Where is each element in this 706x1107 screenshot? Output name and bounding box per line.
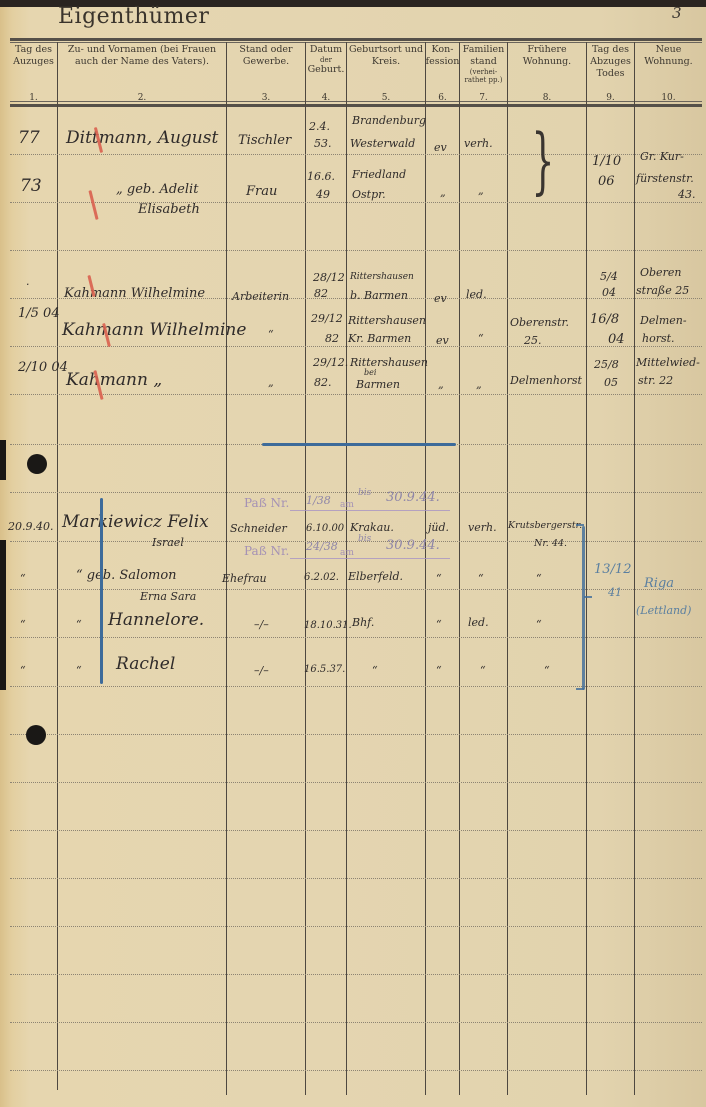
birthplace: Westerwald [350,137,415,150]
birth-date: 82 [325,332,339,345]
previous-residence: Krutsbergerstr. [508,520,582,531]
previous-residence: “ [544,664,550,677]
punch-hole [27,454,47,474]
row-guide [10,202,702,203]
departure-date: 06 [598,174,615,189]
red-check-mark [88,190,98,220]
occupation: „ [268,376,274,389]
confession: “ [436,664,442,677]
new-residence: Riga [644,576,674,591]
departure-date: 05 [604,376,618,389]
header-text: Auzuges [13,56,54,68]
column-number: 6. [426,92,459,104]
previous-residence: “ [536,618,542,631]
departure-date: 13/12 [594,562,631,577]
header-rule-top [10,38,702,41]
row-guide [10,734,702,735]
previous-residence: Nr. 44. [534,538,567,549]
column-header-arrival: Tag des Auzuges 1. [10,44,57,106]
header-text: Tag des [15,44,52,56]
birth-date: 49 [316,188,330,201]
header-text: Geburt. [308,64,345,76]
departure-date: 04 [602,286,616,299]
new-residence: horst. [642,332,675,345]
confession: ev [436,334,449,347]
column-divider [425,42,426,1095]
departure-date: 25/8 [594,358,619,371]
stamp-valid: bis [358,488,371,498]
stamp-date: 30.9.44. [386,538,440,553]
blue-pencil-bracket-line [100,498,103,684]
header-text: Zu- und Vornamen (bei Frauen [68,44,216,56]
header-text: stand [470,56,497,68]
brace-bracket: } [531,124,554,196]
row-guide [10,926,702,927]
header-text: Frühere [527,44,566,56]
marital-status: verh. [468,521,497,534]
departure-date: 04 [608,332,625,347]
new-residence: Gr. Kur- [640,150,684,163]
column-divider [634,42,635,1095]
stamp-underline [290,510,450,511]
header-text: Datum [310,44,342,56]
arrival-date: · [26,278,30,291]
birth-date: 6.10.00 [306,523,344,534]
column-header-confession: Kon- fession 6. [426,44,459,106]
birth-date: 2.4. [309,120,330,133]
row-guide [10,589,702,590]
person-name: Dittmann, August [66,128,218,148]
header-text: Geburtsort und [349,44,423,56]
occupation: Tischler [238,133,291,148]
column-divider [586,42,587,1095]
stamp-suffix: am [340,500,354,510]
blue-pencil-brace-top [576,524,584,526]
column-header-new-residence: Neue Wohnung. 10. [635,44,702,106]
departure-date: 5/4 [600,270,618,283]
occupation: Schneider [230,522,287,535]
column-number: 8. [508,92,586,104]
departure-date: 16/8 [590,312,619,327]
birth-date: 82 [314,287,328,300]
row-guide [10,637,702,638]
birthplace: Friedland [352,168,406,181]
birthplace: Rittershausen [348,314,426,327]
scan-border-left [0,440,6,480]
person-name: Kahmann „ [66,370,162,390]
page-title: Eigenthümer [58,4,209,29]
column-divider [305,42,306,1095]
person-name-line2: Elisabeth [138,202,200,217]
birth-date: 82. [314,376,332,389]
header-text: Kreis. [372,56,400,68]
scan-border-left [0,540,6,690]
marital-status: led. [466,288,487,301]
previous-residence: 25. [524,334,542,347]
birthplace: b. Barmen [350,289,408,302]
occupation: “ [268,328,274,341]
new-residence: Oberen [640,266,681,279]
column-header-occupation: Stand oder Gewerbe. 3. [227,44,305,106]
header-text: auch der Name des Vaters). [75,56,209,68]
header-text: Kon- [432,44,454,56]
column-header-name: Zu- und Vornamen (bei Frauen auch der Na… [58,44,226,106]
column-header-departure: Tag des Abzuges Todes 9. [587,44,634,106]
marital-status: led. [468,616,489,629]
birth-date: 29/12. [313,356,348,369]
blue-pencil-divider [262,443,456,446]
person-name: “ geb. Salomon [76,568,177,583]
row-guide [10,782,702,783]
birthplace: Rittershausen [350,272,414,282]
row-guide [10,541,702,542]
marital-status: “ [478,572,484,585]
stamp-suffix: am [340,548,354,558]
marital-status: verh. [464,137,493,150]
header-text: Familien [463,44,504,56]
punch-hole [26,725,46,745]
birthplace: Kr. Barmen [348,332,411,345]
column-number: 1. [10,92,57,104]
birth-date: 28/12 [313,271,345,284]
column-divider [57,42,58,1090]
blue-pencil-brace-tip [584,596,592,598]
birthplace: Krakau. [350,521,394,534]
confession: jüd. [428,521,449,534]
new-residence: Delmen- [640,314,687,327]
row-guide [10,250,702,251]
occupation: Ehefrau [222,572,267,585]
header-text: Stand oder [239,44,292,56]
departure-date: 41 [608,586,622,599]
birth-date: 53. [314,137,332,150]
column-number: 7. [460,92,507,104]
blue-pencil-brace [582,526,585,690]
stamp-number: 1/38 [306,494,331,507]
header-text: Wohnung. [523,56,571,68]
birthplace: “ [372,664,378,677]
occupation: –/– [254,618,269,631]
person-name-line2: Israel [152,536,184,549]
row-guide [10,686,702,687]
birth-date: 16.5.37. [304,664,345,675]
arrival-date: 77 [18,128,40,148]
marital-status: „ [478,184,484,197]
stamp-date: 30.9.44. [386,490,440,505]
birthplace: Ostpr. [352,188,386,201]
header-text: der [320,56,332,64]
header-text: (verhei- [470,68,497,76]
person-name: Markiewicz Felix [62,512,209,532]
page-number: 3 [672,4,682,22]
header-rule-top-thin [10,42,702,43]
column-divider [459,42,460,1095]
confession: “ [436,618,442,631]
previous-residence: Oberenstr. [510,316,569,329]
person-name: Kahmann Wilhelmine [62,320,246,340]
column-header-birthplace: Geburtsort und Kreis. 5. [347,44,425,106]
arrival-date: 73 [20,176,42,196]
new-residence: Mittelwied- [636,356,700,369]
confession: „ [438,378,444,391]
departure-date: 1/10 [592,154,621,169]
person-name: Hannelore. [108,610,204,630]
column-header-birth-date: Datum der Geburt. 4. [306,44,346,106]
stamp-label: Paß Nr. [244,496,289,510]
arrival-date: 20.9.40. [8,520,53,533]
header-text: Neue [656,44,682,56]
column-divider [226,42,227,1095]
confession: ev [434,141,447,154]
birth-date: 18.10.31. [304,620,352,631]
birth-date: 16.6. [307,170,335,183]
marital-status: “ [480,664,486,677]
register-page: Eigenthümer 3 Tag des Auzuges 1. Zu- und… [0,0,706,1107]
confession: „ [440,186,446,199]
confession: “ [436,572,442,585]
previous-residence: Delmenhorst [510,374,582,387]
marital-status: “ [478,332,484,345]
row-guide [10,878,702,879]
person-name: „ geb. Adelit [116,182,198,197]
birthplace: Barmen [356,378,400,391]
column-divider [346,42,347,1095]
row-guide [10,394,702,395]
row-guide [10,830,702,831]
row-guide [10,1070,702,1071]
marital-status: „ [476,378,482,391]
stamp-number: 24/38 [306,540,338,553]
new-residence: (Lettland) [636,604,691,617]
header-text: Todes [597,68,625,80]
occupation: Arbeiterin [232,290,289,303]
row-guide [10,974,702,975]
header-text: Wohnung. [644,56,692,68]
column-number: 10. [635,92,702,104]
new-residence: str. 22 [638,374,673,387]
column-divider [507,42,508,1095]
birth-date: 29/12 [311,312,343,325]
column-number: 2. [58,92,226,104]
person-name: Rachel [116,654,175,674]
header-text: rathet pp.) [465,76,503,84]
blue-pencil-brace-bottom [576,688,584,690]
person-name-line2: Erna Sara [140,590,196,603]
column-header-previous-residence: Frühere Wohnung. 8. [508,44,586,106]
header-text: Tag des [592,44,629,56]
occupation: –/– [254,664,269,677]
new-residence: fürstenstr. [636,172,694,185]
header-text: Abzuges [590,56,631,68]
occupation: Frau [246,184,277,199]
birthplace: Rittershausen [350,356,428,369]
column-header-marital-status: Familien stand (verhei- rathet pp.) 7. [460,44,507,106]
ditto-mark: “ [76,664,82,677]
column-number: 9. [587,92,634,104]
row-guide [10,1022,702,1023]
stamp-valid: bis [358,534,371,544]
row-guide [10,346,702,347]
stamp-label: Paß Nr. [244,544,289,558]
stamp-underline [290,558,450,559]
person-name: Kahmann Wilhelmine [64,286,205,301]
arrival-date: 2/10 04 [18,360,68,375]
arrival-date: “ [20,572,26,585]
arrival-date: “ [20,664,26,677]
previous-residence: “ [536,572,542,585]
birthplace: Brandenburg [352,114,426,127]
column-number: 4. [306,92,346,104]
confession: ev [434,292,447,305]
ditto-mark: “ [76,618,82,631]
arrival-date: “ [20,618,26,631]
header-text: fession [426,56,460,68]
birthplace: Bhf. [352,616,374,629]
birthplace: bei [364,368,376,377]
column-number: 5. [347,92,425,104]
birthplace: Elberfeld. [348,570,403,583]
column-number: 3. [227,92,305,104]
header-text: Gewerbe. [243,56,289,68]
row-guide [10,492,702,493]
arrival-date: 1/5 04 [18,306,60,321]
birth-date: 6.2.02. [304,572,339,583]
new-residence: straße 25 [636,284,689,297]
new-residence: 43. [678,188,696,201]
